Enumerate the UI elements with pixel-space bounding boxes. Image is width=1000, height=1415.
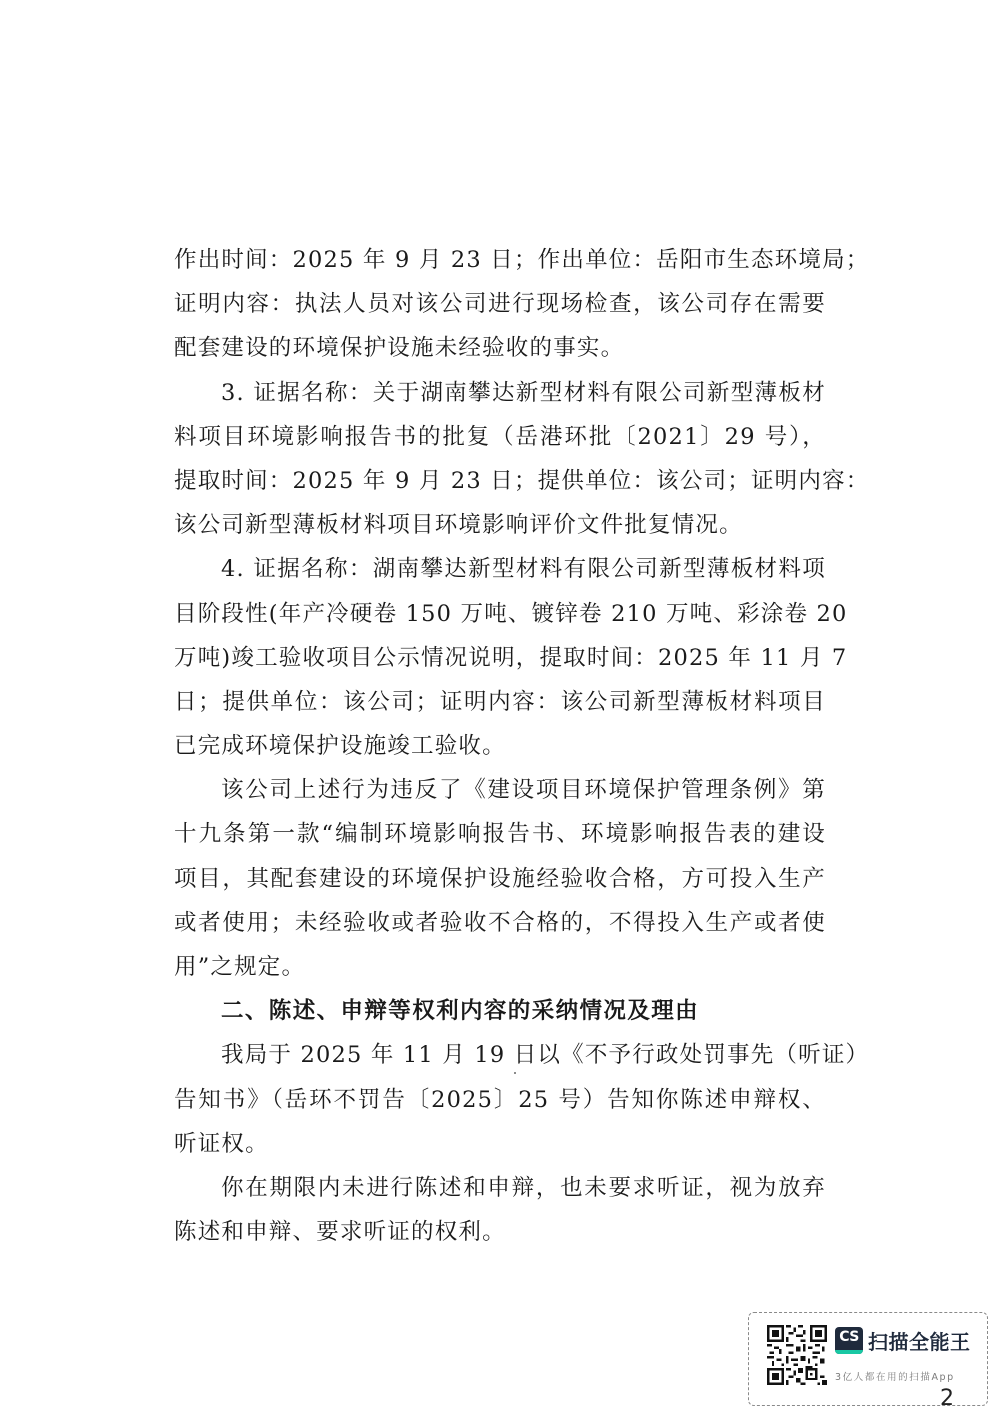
text-line: 项目，其配套建设的环境保护设施经验收合格，方可投入生产 bbox=[174, 857, 826, 901]
text-line: 3. 证据名称：关于湖南攀达新型材料有限公司新型薄板材 bbox=[174, 371, 826, 415]
text-line: 你在期限内未进行陈述和申辩，也未要求听证，视为放弃 bbox=[174, 1166, 826, 1210]
text-line: 我局于 2025 年 11 月 19 日以《不予行政处罚事先（听证） bbox=[174, 1033, 826, 1077]
paragraph-evidence-3: 3. 证据名称：关于湖南攀达新型材料有限公司新型薄板材 料项目环境影响报告书的批… bbox=[174, 371, 826, 548]
section-2-heading: 二、陈述、申辩等权利内容的采纳情况及理由 bbox=[174, 989, 826, 1033]
text-line: 万吨)竣工验收项目公示情况说明，提取时间：2025 年 11 月 7 bbox=[174, 636, 826, 680]
paragraph-waiver: 你在期限内未进行陈述和申辩，也未要求听证，视为放弃 陈述和申辩、要求听证的权利。 bbox=[174, 1166, 826, 1254]
text-line: 陈述和申辩、要求听证的权利。 bbox=[174, 1210, 826, 1254]
paragraph-violation-statement: 该公司上述行为违反了《建设项目环境保护管理条例》第 十九条第一款“编制环境影响报… bbox=[174, 768, 826, 989]
qr-code-icon bbox=[767, 1325, 827, 1385]
section-heading: 二、陈述、申辩等权利内容的采纳情况及理由 bbox=[174, 989, 826, 1033]
text-line: 4. 证据名称：湖南攀达新型材料有限公司新型薄板材料项 bbox=[174, 547, 826, 591]
document-page: 作出时间：2025 年 9 月 23 日；作出单位：岳阳市生态环境局； 证明内容… bbox=[0, 0, 1000, 1415]
brand-name: 扫描全能王 bbox=[868, 1326, 971, 1355]
camscanner-logo-icon: CS bbox=[835, 1327, 863, 1354]
paragraph-notice: 我局于 2025 年 11 月 19 日以《不予行政处罚事先（听证） 告知书》（… bbox=[174, 1033, 826, 1166]
document-body: 作出时间：2025 年 9 月 23 日；作出单位：岳阳市生态环境局； 证明内容… bbox=[174, 238, 826, 1254]
text-line: 目阶段性(年产冷硬卷 150 万吨、镀锌卷 210 万吨、彩涂卷 20 bbox=[174, 592, 826, 636]
text-line: 证明内容：执法人员对该公司进行现场检查，该公司存在需要 bbox=[174, 282, 826, 326]
text-line: 或者使用；未经验收或者验收不合格的，不得投入生产或者使 bbox=[174, 901, 826, 945]
text-line: 作出时间：2025 年 9 月 23 日；作出单位：岳阳市生态环境局； bbox=[174, 238, 826, 282]
text-line: 已完成环境保护设施竣工验收。 bbox=[174, 724, 826, 768]
brand-tagline: 3亿人都在用的扫描App bbox=[835, 1369, 955, 1383]
text-line: 该公司新型薄板材料项目环境影响评价文件批复情况。 bbox=[174, 503, 826, 547]
text-line: 料项目环境影响报告书的批复（岳港环批〔2021〕29 号）， bbox=[174, 415, 826, 459]
paragraph-evidence-4: 4. 证据名称：湖南攀达新型材料有限公司新型薄板材料项 目阶段性(年产冷硬卷 1… bbox=[174, 547, 826, 768]
text-line: 十九条第一款“编制环境影响报告书、环境影响报告表的建设 bbox=[174, 812, 826, 856]
text-line: 该公司上述行为违反了《建设项目环境保护管理条例》第 bbox=[174, 768, 826, 812]
page-number: 2 bbox=[940, 1388, 954, 1410]
paragraph-evidence-2-tail: 作出时间：2025 年 9 月 23 日；作出单位：岳阳市生态环境局； 证明内容… bbox=[174, 238, 826, 371]
text-line: 日；提供单位：该公司；证明内容：该公司新型薄板材料项目 bbox=[174, 680, 826, 724]
text-line: 告知书》（岳环不罚告〔2025〕25 号）告知你陈述申辩权、 bbox=[174, 1078, 826, 1122]
text-line: 配套建设的环境保护设施未经验收的事实。 bbox=[174, 326, 826, 370]
logo-text: CS bbox=[835, 1329, 863, 1345]
text-line: 提取时间：2025 年 9 月 23 日；提供单位：该公司；证明内容： bbox=[174, 459, 826, 503]
logo-accent-bar bbox=[835, 1350, 863, 1354]
scan-speck bbox=[514, 1072, 516, 1074]
text-line: 用”之规定。 bbox=[174, 945, 826, 989]
text-line: 听证权。 bbox=[174, 1122, 826, 1166]
